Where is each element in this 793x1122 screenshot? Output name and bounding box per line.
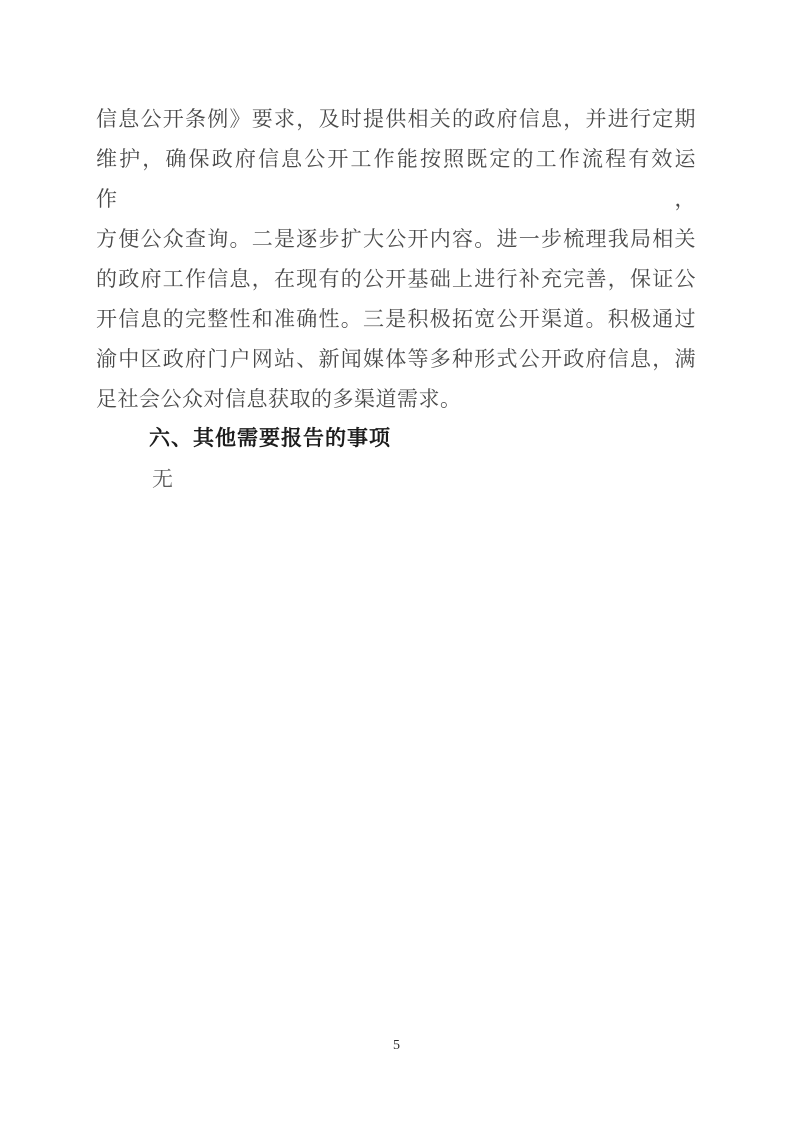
paragraph-line-3: 方便公众查询。二是逐步扩大公开内容。进一步梳理我局相关 bbox=[96, 219, 696, 259]
paragraph-line-5: 开信息的完整性和准确性。三是积极拓宽公开渠道。积极通过 bbox=[96, 299, 696, 339]
section-body-none: 无 bbox=[96, 459, 696, 499]
paragraph-line-2: 维护，确保政府信息公开工作能按照既定的工作流程有效运作， bbox=[96, 139, 696, 219]
paragraph-line-7: 足社会公众对信息获取的多渠道需求。 bbox=[96, 379, 696, 419]
paragraph-line-4: 的政府工作信息，在现有的公开基础上进行补充完善，保证公 bbox=[96, 259, 696, 299]
document-page: 信息公开条例》要求，及时提供相关的政府信息，并进行定期 维护，确保政府信息公开工… bbox=[0, 0, 793, 1122]
paragraph-line-1: 信息公开条例》要求，及时提供相关的政府信息，并进行定期 bbox=[96, 99, 696, 139]
body-text-block: 信息公开条例》要求，及时提供相关的政府信息，并进行定期 维护，确保政府信息公开工… bbox=[96, 99, 696, 499]
page-number: 5 bbox=[0, 1038, 793, 1054]
section-heading: 六、其他需要报告的事项 bbox=[96, 419, 696, 459]
paragraph-line-6: 渝中区政府门户网站、新闻媒体等多种形式公开政府信息，满 bbox=[96, 339, 696, 379]
